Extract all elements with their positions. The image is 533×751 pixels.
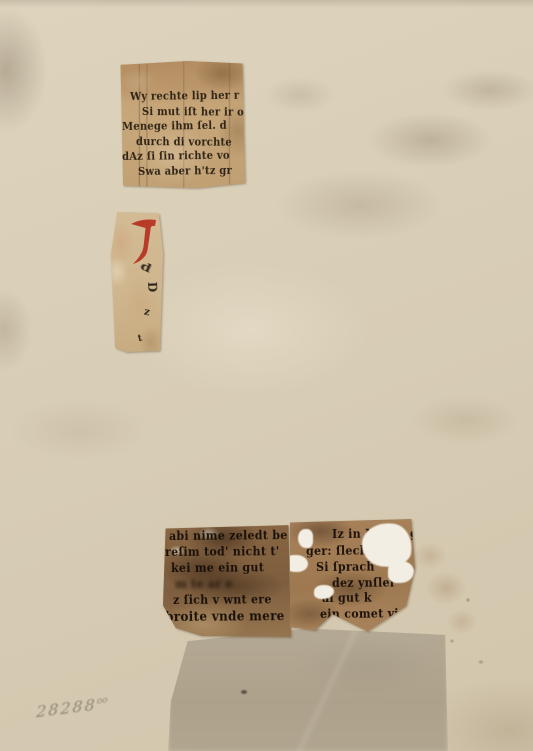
fragment-bottom-line: dez ynſler: [332, 576, 396, 591]
fragment-bottom-parchment: abi nime zeledt be reſim tod' nicht t' k…: [163, 519, 415, 637]
mount-stain: [168, 626, 448, 751]
fragment-strip: d D z t: [111, 212, 163, 352]
fragment-top-line: Si mut iſt her ir o: [142, 106, 244, 119]
ink-mark: z: [143, 307, 151, 319]
fragment-top-line: durch di vorchte: [136, 136, 232, 149]
fragment-bottom-line: reſim tod' nicht t': [165, 544, 280, 559]
fragment-top: Wy rechte lip her r ſ Si mut iſt her ir …: [118, 61, 245, 188]
fragment-bottom-line: kei me ein gut: [171, 560, 264, 575]
fragment-bottom: abi nime zeledt be reſim tod' nicht t' k…: [163, 519, 415, 637]
pencil-shelfmark-sup: oo: [97, 695, 108, 706]
pencil-shelfmark: 28288oo: [36, 693, 108, 721]
ink-mark: t: [137, 334, 143, 345]
fragment-bottom-line: Si ſprach: [316, 560, 375, 574]
ink-speck: [241, 690, 247, 694]
fragment-top-line: Swa aber h'tz gr: [138, 165, 232, 178]
fragment-bottom-line: ein comet vi: [320, 606, 399, 621]
fragment-bottom-right-piece: Iz in Minne gr ger: ſlechtu Si ſprach de…: [290, 519, 415, 635]
parchment-hole: [298, 529, 313, 548]
fragment-bottom-line: abi nime zeledt be: [169, 528, 288, 543]
fragment-bottom-line: broite vnde mere: [165, 608, 285, 624]
fragment-bottom-line: m te ar e: [175, 577, 233, 591]
fragment-bottom-line: z ſich v wnt ere: [173, 592, 272, 607]
ink-mark: D: [145, 282, 159, 293]
fragment-top-line: Wy rechte lip her r ſ: [130, 90, 245, 104]
fragment-top-line: Menege ihm ſel. d: [122, 120, 227, 134]
parchment-hole: [290, 555, 308, 572]
fragment-strip-parchment: d D z t: [111, 212, 163, 352]
pencil-shelfmark-number: 28288: [36, 695, 97, 722]
fragment-bottom-left-piece: abi nime zeledt be reſim tod' nicht t' k…: [163, 524, 291, 637]
manuscript-photo: Wy rechte lip her r ſ Si mut iſt her ir …: [0, 0, 533, 751]
parchment-hole: [388, 561, 414, 583]
fragment-top-line: dAz ſi ſin richte vo: [122, 150, 230, 164]
fragment-top-parchment: Wy rechte lip her r ſ Si mut iſt her ir …: [118, 61, 245, 188]
